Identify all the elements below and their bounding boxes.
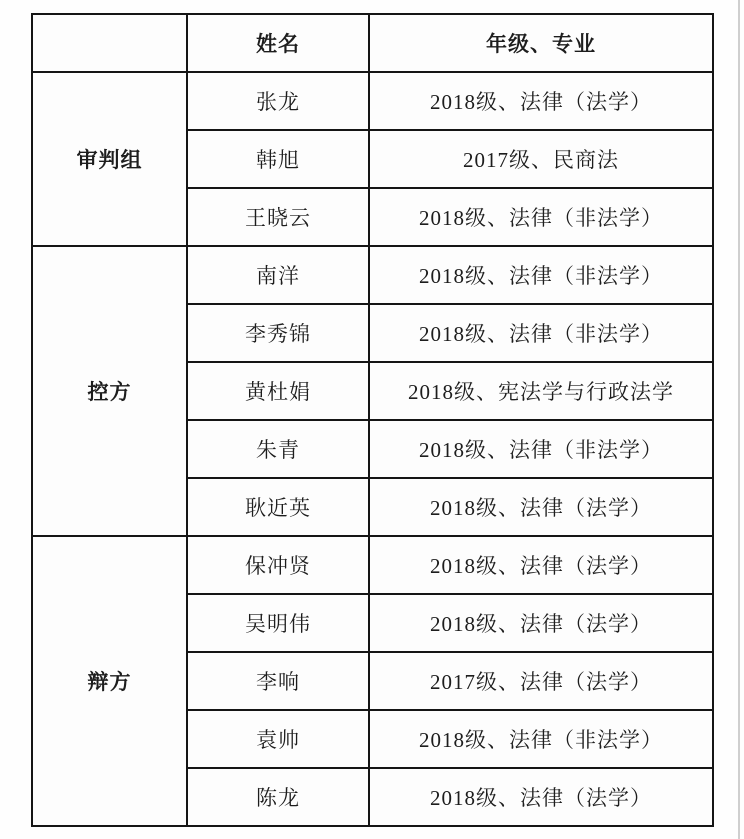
member-name: 南洋 [187,246,369,304]
member-name: 李秀锦 [187,304,369,362]
header-grade-major: 年级、专业 [369,14,713,72]
member-grade-major: 2018级、法律（非法学） [369,304,713,362]
group-label-panel: 审判组 [32,72,187,246]
member-grade-major: 2018级、宪法学与行政法学 [369,362,713,420]
member-name: 吴明伟 [187,594,369,652]
roster-table: 姓名 年级、专业 审判组 张龙 2018级、法律（法学） 韩旭 2017级、民商… [31,13,714,827]
member-name: 黄杜娟 [187,362,369,420]
member-grade-major: 2018级、法律（非法学） [369,246,713,304]
table-row: 控方 南洋 2018级、法律（非法学） [32,246,713,304]
header-name: 姓名 [187,14,369,72]
member-grade-major: 2017级、民商法 [369,130,713,188]
member-name: 王晓云 [187,188,369,246]
member-name: 陈龙 [187,768,369,826]
member-name: 袁帅 [187,710,369,768]
table-row: 辩方 保冲贤 2018级、法律（法学） [32,536,713,594]
member-name: 张龙 [187,72,369,130]
table-row: 审判组 张龙 2018级、法律（法学） [32,72,713,130]
member-grade-major: 2018级、法律（法学） [369,478,713,536]
member-grade-major: 2018级、法律（法学） [369,594,713,652]
member-grade-major: 2018级、法律（法学） [369,768,713,826]
group-label-defense: 辩方 [32,536,187,826]
member-grade-major: 2018级、法律（非法学） [369,710,713,768]
member-grade-major: 2018级、法律（非法学） [369,420,713,478]
member-grade-major: 2018级、法律（法学） [369,72,713,130]
member-name: 耿近英 [187,478,369,536]
member-name: 韩旭 [187,130,369,188]
member-grade-major: 2018级、法律（非法学） [369,188,713,246]
member-grade-major: 2018级、法律（法学） [369,536,713,594]
member-grade-major: 2017级、法律（法学） [369,652,713,710]
document-page: 姓名 年级、专业 审判组 张龙 2018级、法律（法学） 韩旭 2017级、民商… [0,0,744,839]
header-row: 姓名 年级、专业 [32,14,713,72]
member-name: 朱青 [187,420,369,478]
member-name: 保冲贤 [187,536,369,594]
scan-artifact-line [738,0,740,839]
member-name: 李响 [187,652,369,710]
header-group [32,14,187,72]
group-label-prosecution: 控方 [32,246,187,536]
